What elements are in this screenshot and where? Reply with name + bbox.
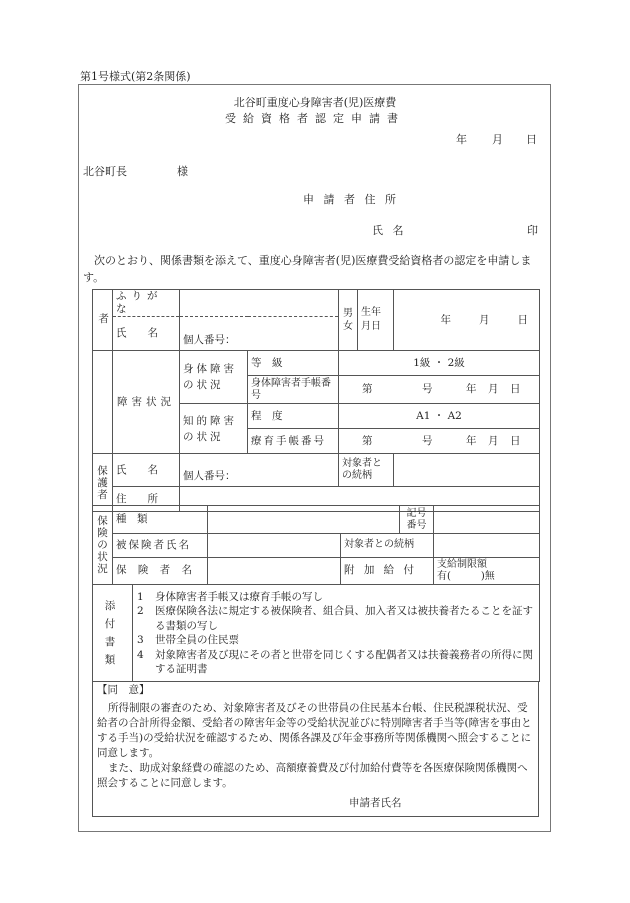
intro-text: 次のとおり、関係書類を添えて、重度心身障害者(児)医療費受給資格者の認定を申請し… — [83, 252, 548, 286]
addressee-name: 北谷町長 — [83, 163, 127, 179]
date-month-label: 月 — [492, 131, 503, 147]
applicant-name-field[interactable] — [410, 222, 520, 236]
additional-benefit-label: 附 加 給 付 — [341, 558, 434, 585]
disability-status-label: 障害状況 — [113, 351, 180, 454]
seal-mark: 印 — [527, 222, 538, 238]
insurer-name-field[interactable] — [208, 558, 341, 585]
date-year-label: 年 — [456, 131, 467, 147]
sex-selector[interactable]: 男・女 — [339, 290, 358, 351]
consent-heading: 【同 意】 — [97, 683, 534, 698]
insured-relation-label: 対象者との続柄 — [341, 534, 434, 558]
form-title-line1: 北谷町重度心身障害者(児)医療費 — [0, 94, 630, 110]
insured-name-label: 被保険者氏名 — [113, 534, 208, 558]
attachment-item: 1身体障害者手帳又は療育手帳の写し — [137, 590, 535, 605]
insurer-name-label: 保 険 者 名 — [113, 558, 208, 585]
furigana-label: ふりがな — [113, 290, 180, 317]
applicant-address-field[interactable] — [228, 205, 488, 219]
form-number-label: 第1号様式(第2条関係) — [80, 68, 191, 84]
consent-section: 【同 意】 所得制限の審査のため、対象障害者及びその世帯員の住民基本台帳、住民税… — [92, 681, 539, 817]
physical-grade-selector[interactable]: 1級 ・ 2級 — [339, 351, 540, 376]
physical-notebook-field[interactable]: 第号年月日 — [339, 376, 540, 404]
attachments-label: 添付書類 — [93, 585, 133, 682]
guardian-section-label: 保護者 — [93, 454, 113, 512]
intellectual-degree-label: 程 度 — [248, 404, 339, 429]
consent-paragraph-2: また、助成対象経費の確認のため、高額療養費及び付加給付費等を各医療保険関係機関へ… — [97, 761, 534, 791]
consent-paragraph-1: 所得制限の審査のため、対象障害者及びその世帯員の住民基本台帳、住民税課税状況、受… — [97, 701, 534, 761]
physical-notebook-label: 身体障害者手帳番 号 — [248, 376, 339, 404]
insurance-type-label: 種 類 — [113, 506, 208, 534]
intellectual-disability-label: 知的障害の状況 — [180, 404, 248, 454]
guardian-relation-label: 対象者との続柄 — [339, 454, 394, 487]
furigana-field[interactable] — [180, 290, 339, 317]
symbol-number-label: 記号番号 — [400, 506, 434, 534]
addressee-honorific: 様 — [177, 163, 188, 179]
attachments-list: 1身体障害者手帳又は療育手帳の写し 2医療保険各法に規定する被保険者、組合員、加… — [133, 585, 540, 682]
insurance-section-label: 保険の状況 — [93, 506, 113, 585]
guardian-name-field[interactable]: 個人番号： — [180, 454, 339, 487]
date-day-label: 日 — [526, 131, 537, 147]
form-title-line2: 受給資格者認定申請書 — [0, 110, 630, 126]
guardian-relation-field[interactable] — [394, 454, 540, 487]
subject-section-label: 対象障害者 — [93, 290, 113, 351]
subject-name-field[interactable]: 個人番号： — [180, 317, 339, 351]
subject-name-label: 氏 名 — [113, 317, 180, 351]
signature-field[interactable] — [408, 796, 528, 810]
physical-grade-label: 等 級 — [248, 351, 339, 376]
guardian-name-label: 氏 名 — [113, 454, 180, 487]
signature-label: 申請者氏名 — [349, 796, 402, 811]
insurance-type-field[interactable] — [208, 506, 400, 534]
attachment-item: 2医療保険各法に規定する被保険者、組合員、加入者又は被扶養者たることを証する書類… — [137, 604, 535, 633]
attachment-item: 4対象障害者及び現にその者と世帯を同じくする配偶者又は扶養義務者の所得に関する証… — [137, 648, 535, 677]
applicant-name-label: 氏 名 — [372, 222, 407, 238]
symbol-number-field[interactable] — [434, 506, 540, 534]
birthdate-field[interactable]: 年月日 — [394, 290, 540, 351]
insured-relation-field[interactable] — [434, 534, 540, 558]
attachments-table: 添付書類 1身体障害者手帳又は療育手帳の写し 2医療保険各法に規定する被保険者、… — [92, 584, 540, 682]
benefit-limit-selector[interactable]: 支給制限額有( )無 — [434, 558, 540, 585]
insurance-table: 保険の状況 種 類 記号番号 被保険者氏名 対象者との続柄 保 険 者 名 附 … — [92, 505, 540, 585]
physical-disability-label: 身体障害の状況 — [180, 351, 248, 404]
intellectual-notebook-label: 療育手帳番号 — [248, 429, 339, 454]
intellectual-notebook-field[interactable]: 第号年月日 — [339, 429, 540, 454]
subject-table: 対象障害者 ふりがな 男・女 生年月日 年月日 氏 名 個人番号： 障害状況 身… — [92, 289, 540, 512]
insured-name-field[interactable] — [208, 534, 341, 558]
intellectual-degree-selector[interactable]: A1 ・ A2 — [339, 404, 540, 429]
subject-section-label-cont — [93, 351, 113, 454]
attachment-item: 3世帯全員の住民票 — [137, 633, 535, 648]
birthdate-label: 生年月日 — [358, 290, 394, 351]
